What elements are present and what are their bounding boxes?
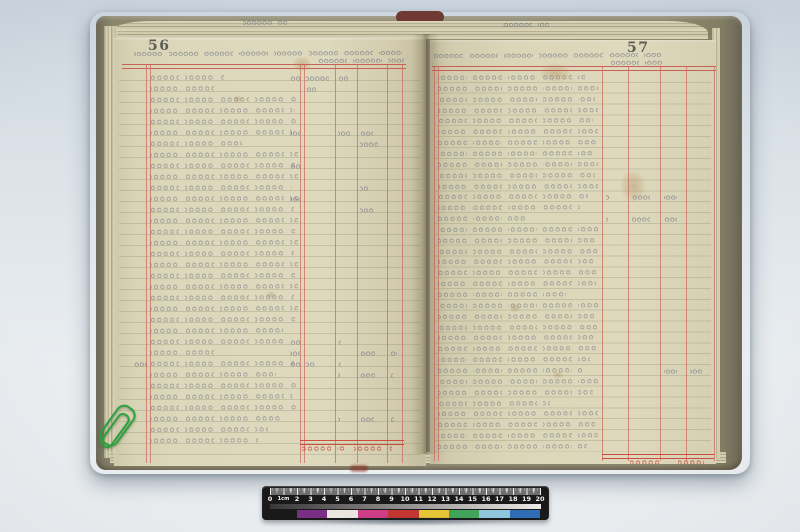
column-rule — [714, 67, 715, 461]
column-rule — [300, 65, 305, 463]
column-rule — [146, 65, 151, 463]
red-underline — [300, 440, 404, 445]
red-total — [630, 459, 660, 464]
photo-scene: 56 57 01cm234567891011121314151617181920 — [0, 0, 800, 532]
column-rule — [686, 67, 687, 461]
red-total — [678, 459, 704, 464]
ruler-numbers: 01cm234567891011121314151617181920 — [262, 495, 549, 504]
ruler-number: 17 — [495, 495, 504, 504]
column-rule — [660, 67, 661, 461]
foxing-stain — [550, 370, 566, 380]
ruler-number: 12 — [427, 495, 436, 504]
column-rule — [402, 65, 403, 463]
header-note — [318, 58, 404, 63]
gutter-shadow — [412, 34, 440, 454]
ruler-number: 7 — [362, 495, 367, 504]
foxing-stain — [264, 290, 278, 300]
column-rule — [387, 65, 388, 463]
header-note — [134, 49, 402, 56]
ruler-number: 16 — [481, 495, 490, 504]
ruler-shadow — [266, 514, 548, 528]
ruler-number: 2 — [295, 495, 300, 504]
ruled-lines — [119, 70, 421, 461]
ruler-number: 15 — [468, 495, 477, 504]
ruler-number: 6 — [349, 495, 354, 504]
foxing-stain — [232, 94, 244, 104]
ink-smudge — [350, 465, 368, 472]
right-page: 57 — [430, 40, 716, 464]
ruler-number: 20 — [535, 495, 544, 504]
ruler-number: 0 — [268, 495, 273, 504]
table-top-rule — [122, 64, 406, 69]
ruler-number: 13 — [441, 495, 450, 504]
ruler-number: 11 — [414, 495, 423, 504]
ruler-ticks — [270, 488, 541, 495]
page-number-left: 56 — [148, 38, 170, 54]
page-number-right: 57 — [627, 40, 649, 56]
ruler-number: 19 — [522, 495, 531, 504]
ruled-lines — [435, 72, 711, 459]
ruler-number: 8 — [376, 495, 381, 504]
ruler-number: 14 — [454, 495, 463, 504]
foxing-stain — [616, 164, 650, 208]
ruler-number: 10 — [400, 495, 409, 504]
ruler-number: 5 — [335, 495, 340, 504]
foxing-stain — [534, 60, 576, 86]
ruler-number: 3 — [308, 495, 313, 504]
column-rule — [335, 65, 336, 463]
ruler-gray-gradient — [270, 504, 541, 509]
ruler-number: 9 — [389, 495, 394, 504]
red-underline — [602, 454, 714, 459]
header-note — [610, 60, 662, 65]
column-rule — [357, 65, 358, 463]
column-rule — [628, 67, 629, 461]
page-edges-top — [110, 21, 708, 39]
left-page: 56 — [114, 38, 426, 466]
foxing-stain — [508, 302, 522, 314]
column-rule — [602, 67, 603, 461]
ruler-number: 4 — [322, 495, 327, 504]
foxing-stain — [289, 54, 315, 74]
ledger-book: 56 57 — [96, 16, 742, 470]
ruler-number: 1cm — [278, 495, 290, 504]
ruler-number: 18 — [508, 495, 517, 504]
